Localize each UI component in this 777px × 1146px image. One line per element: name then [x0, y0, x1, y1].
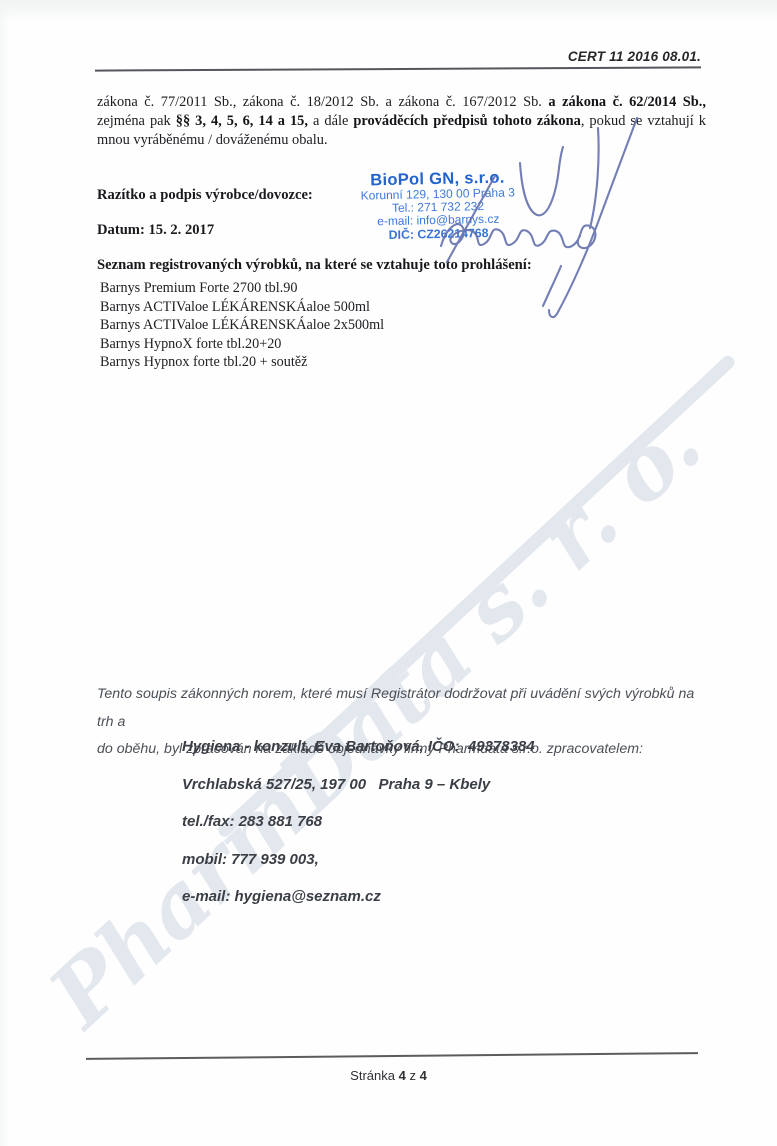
- document-reference: CERT 11 2016 08.01.: [568, 49, 701, 64]
- footer-page-number: 4: [399, 1068, 406, 1083]
- footer-prefix: Stránka: [350, 1068, 395, 1083]
- scan-edge-left: [0, 0, 10, 1146]
- intro-seg-5: a dále: [308, 113, 353, 129]
- intro-seg-3: zejména pak: [97, 113, 176, 129]
- handwritten-signature: [425, 105, 655, 325]
- signature-stroke-tail: [543, 266, 561, 306]
- contact-name-line: Hygiena - konzult, Eva Bartoňová, IČO: 4…: [182, 739, 535, 754]
- scanned-document-page: CERT 11 2016 08.01. zákona č. 77/2011 Sb…: [0, 0, 777, 1146]
- contact-email-line: e-mail: hygiena@seznam.cz: [182, 889, 535, 904]
- product-item: Barnys ACTIValoe LÉKÁRENSKÁaloe 500ml: [100, 298, 384, 317]
- intro-seg-4-bold: §§ 3, 4, 5, 6, 14 a 15,: [176, 113, 308, 129]
- product-item: Barnys ACTIValoe LÉKÁRENSKÁaloe 2x500ml: [100, 316, 384, 335]
- date-label: Datum: 15. 2. 2017: [97, 222, 214, 239]
- signature-stroke-slash: [447, 176, 495, 262]
- signature-stroke-scribble: [441, 224, 595, 248]
- processor-contact-block: Hygiena - konzult, Eva Bartoňová, IČO: 4…: [182, 739, 535, 927]
- footer-separator: z: [409, 1068, 416, 1083]
- product-item: Barnys HypnoX forte tbl.20+20: [100, 335, 384, 354]
- footer-divider-line: [86, 1052, 698, 1059]
- stamp-signature-label: Razítko a podpis výrobce/dovozce:: [97, 187, 313, 204]
- product-item: Barnys Hypnox forte tbl.20 + soutěž: [100, 353, 384, 372]
- header-divider-line: [95, 66, 701, 71]
- closing-note-line-1: Tento soupis zákonných norem, které musí…: [97, 681, 697, 736]
- product-item: Barnys Premium Forte 2700 tbl.90: [100, 279, 384, 298]
- footer-page-total: 4: [420, 1068, 427, 1083]
- scan-edge-top: [0, 0, 777, 24]
- page-number-footer: Stránka 4 z 4: [0, 1068, 777, 1083]
- products-list: Barnys Premium Forte 2700 tbl.90 Barnys …: [100, 279, 384, 372]
- contact-mobile-line: mobil: 777 939 003,: [182, 852, 535, 867]
- contact-telfax-line: tel./fax: 283 881 768: [182, 814, 535, 829]
- signature-stroke-u: [520, 147, 563, 215]
- contact-address-line: Vrchlabská 527/25, 197 00 Praha 9 – Kbel…: [182, 777, 535, 792]
- signature-stroke-tall-2: [590, 128, 599, 228]
